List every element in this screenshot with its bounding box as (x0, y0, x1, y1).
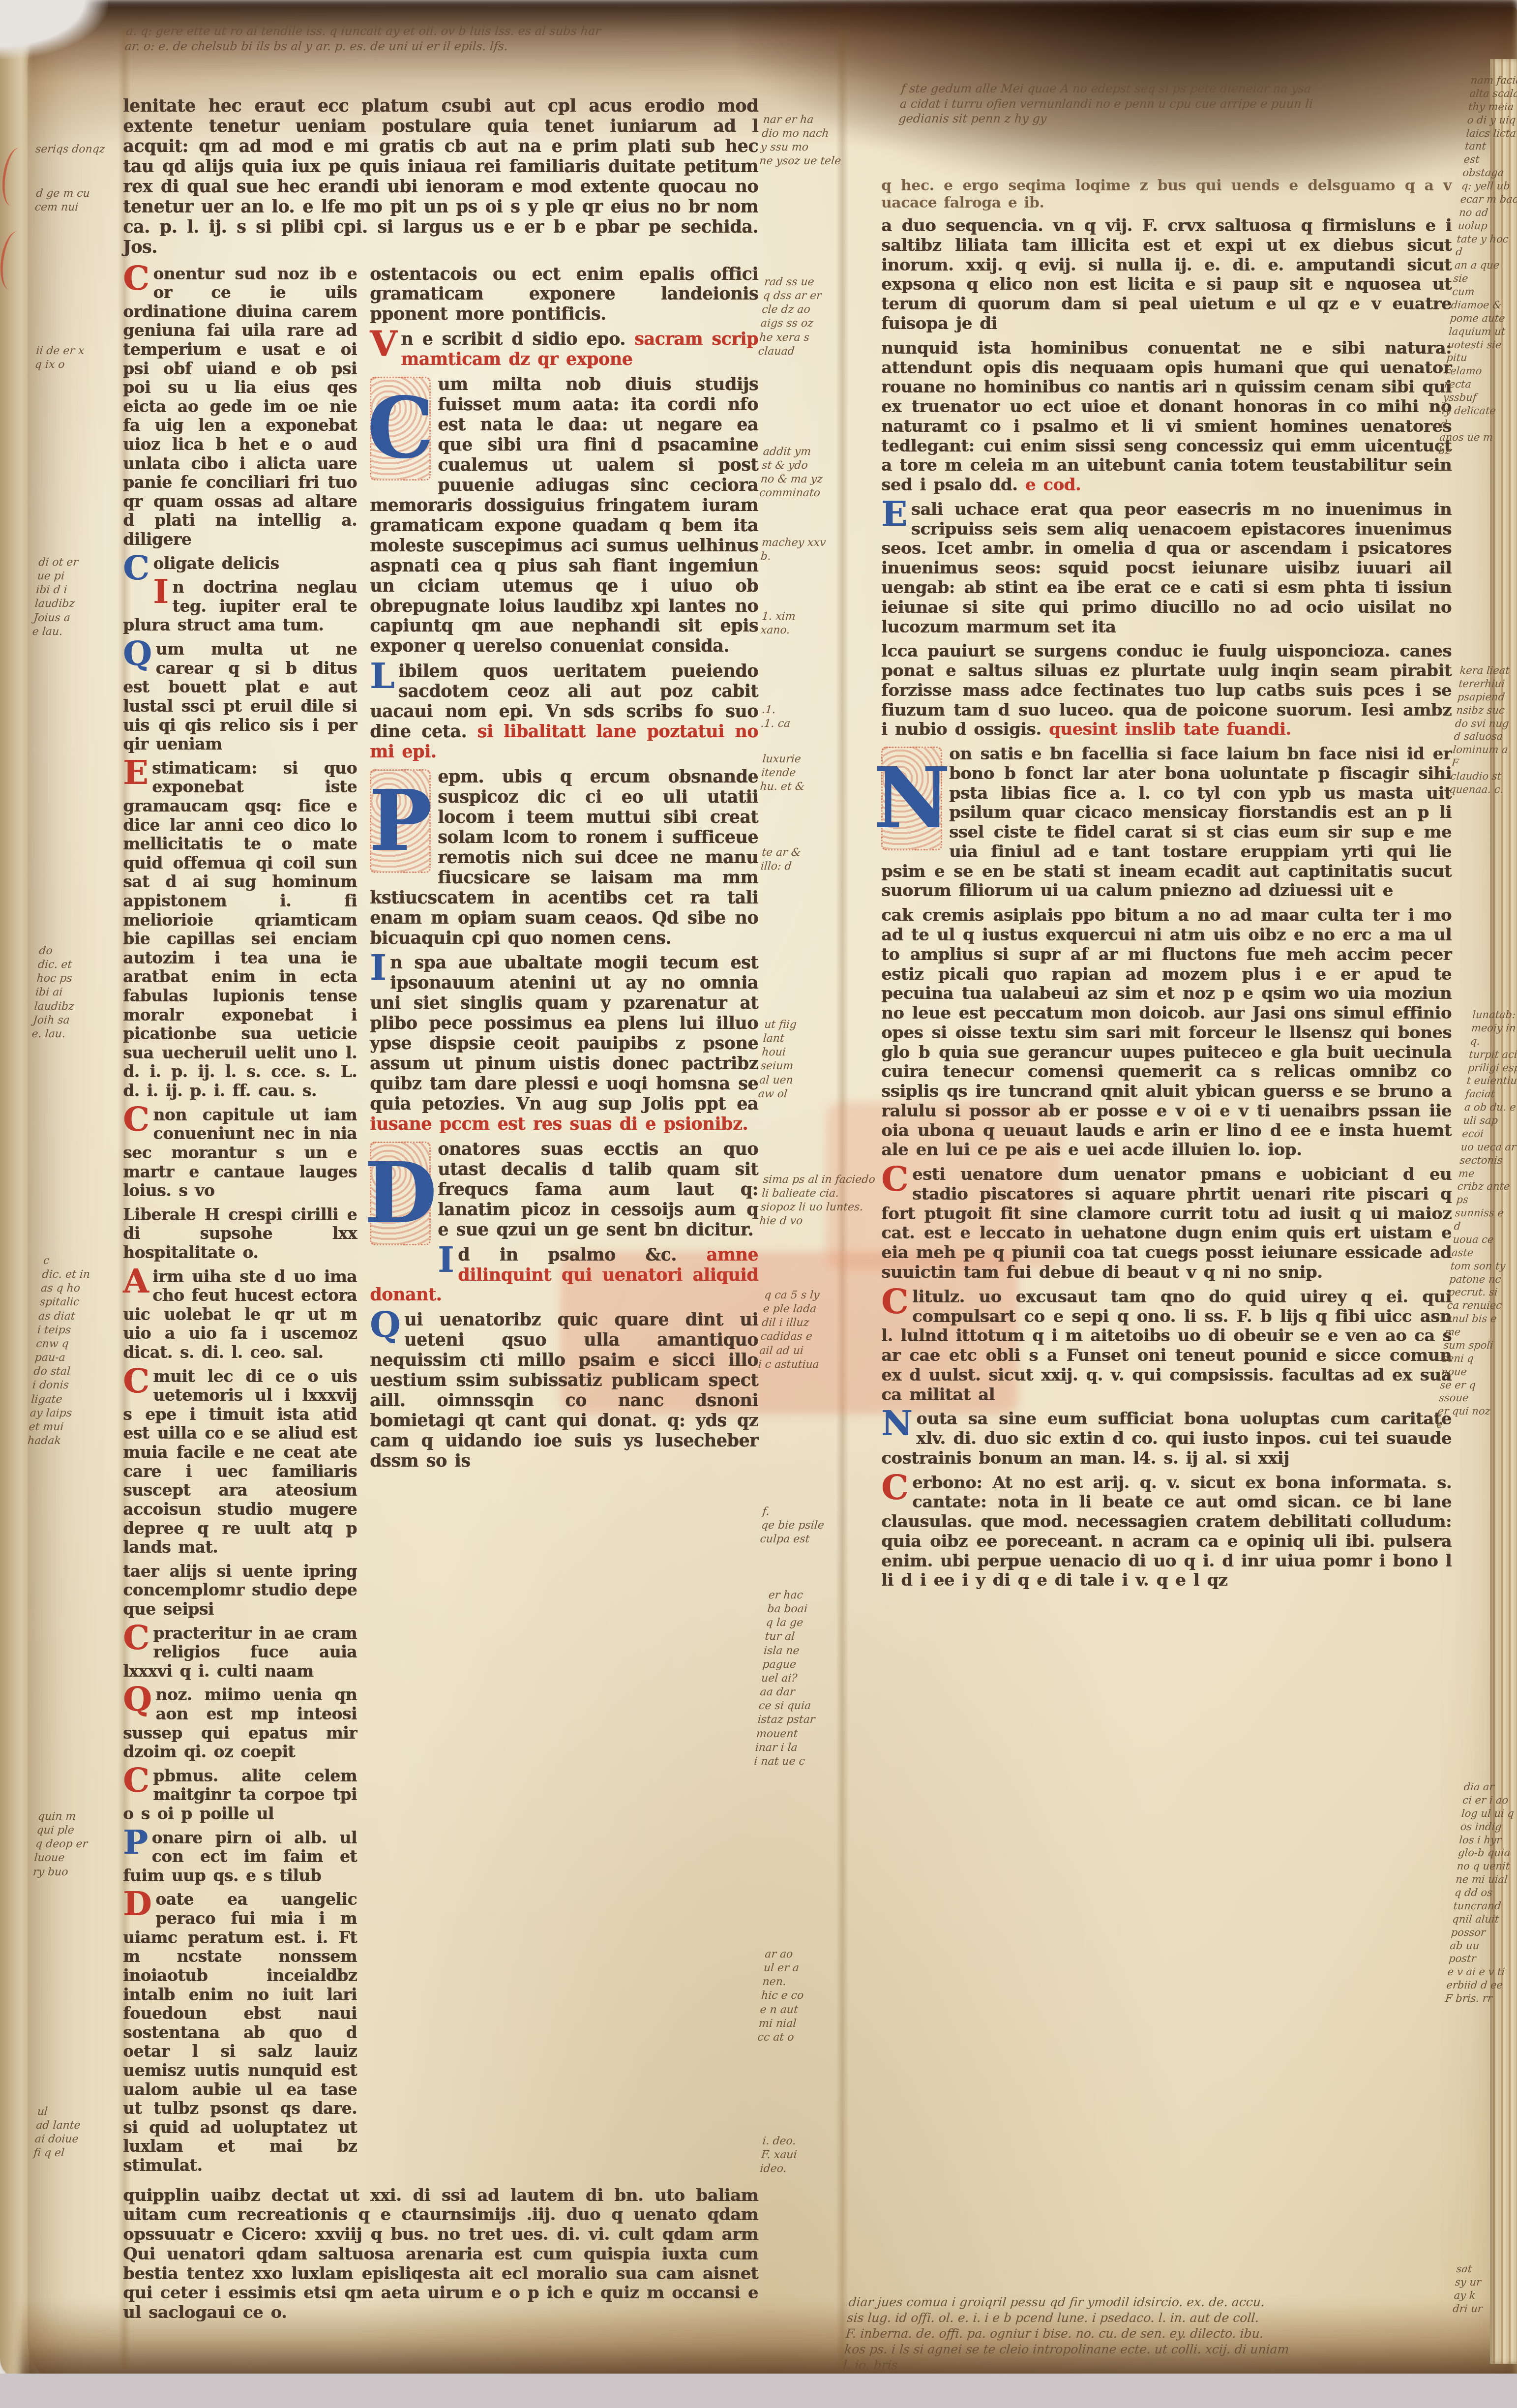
marginal-gloss: machey xxv b. (760, 536, 827, 564)
text-segment: Cerbono: At no est arij. q. v. sicut ex … (881, 1474, 1452, 1591)
colored-initial: A (123, 1267, 152, 1294)
colored-initial: D (123, 1890, 155, 1917)
rubric: e cod. (1025, 475, 1081, 495)
rubric: sacram scrip mamticam dz qr expone (401, 329, 758, 369)
colored-initial: C (123, 1106, 153, 1133)
text-segment: Cpbmus. alite celem maitginr ta corpoe t… (123, 1767, 357, 1824)
text-segment: Cesti uenatore dum uenator pmans e uobic… (881, 1165, 1452, 1283)
text-segment: Cum milta nob diuis studijs fuisset mum … (370, 375, 758, 657)
left-bottom-paragraph: quipplin uaibz dectat ut xxi. di ssi ad … (123, 2186, 758, 2323)
colored-initial: Q (370, 1310, 404, 1339)
text-segment: Airm uiha ste d uo ima cho feut hucest e… (123, 1267, 357, 1362)
left-intro-paragraph: lenitate hec eraut ecc platum csubi aut … (123, 96, 758, 258)
right-text-block: q hec. e ergo seqima loqime z bus qui ue… (881, 177, 1452, 1595)
marginal-gloss: quin m qui ple q deop er luoue ry buo (32, 1810, 90, 1879)
text-segment: lcca pauiurt se surgens conduc ie fuulg … (881, 642, 1452, 740)
decorated-initial: P (370, 769, 431, 873)
text-segment: Qnoz. miimo uenia qn aon est mp inteosi … (123, 1686, 357, 1761)
text-segment: ostentacois ou ect enim epalis offici gr… (370, 265, 758, 325)
marginal-gloss: kera lieat tererhiui psapiend nsibz suc … (1449, 664, 1517, 796)
marginal-gloss: sima ps al in faciedo li balieate cia. s… (759, 1173, 878, 1229)
text-segment: nunquid ista hominibus conuentat ne e si… (881, 339, 1452, 495)
top-annotation-left: a. q: gere ette ut ro ai tendile iss. q … (124, 24, 766, 54)
colored-initial: V (370, 330, 401, 359)
scan-background-bottom (0, 2374, 1517, 2408)
marginal-gloss: d ge m cu cem nui (34, 187, 90, 214)
scan-background-corner (0, 0, 108, 59)
rubric: quesint inslib tate fuandi. (1049, 720, 1291, 739)
text-segment: a duo sequencia. vn q vij. F. crvx saltu… (881, 216, 1452, 334)
marginal-gloss: q ca 5 s ly e ple lada dil i illuz cadid… (758, 1289, 826, 1372)
text-segment: Qum multa ut ne carear q si b ditus est … (123, 640, 357, 754)
colored-initial: I (370, 953, 390, 982)
text-segment: Nouta sa sine eum sufficiat bona uolupta… (881, 1410, 1452, 1468)
marginal-gloss: nar er ha dio mo nach y ssu mo ne ysoz u… (759, 113, 845, 169)
colored-initial: E (881, 500, 911, 528)
text-segment: Libilem quos ueritatem pueiendo sacdotem… (370, 662, 758, 762)
text-segment: Coligate delicis (123, 554, 357, 573)
marginal-gloss: do dic. et hoc ps ibi ai laudibz Joih sa… (31, 944, 79, 1041)
text-segment: Doate ea uangelic peraco fui mia i m uia… (123, 1890, 357, 2175)
colored-initial: N (881, 1410, 916, 1438)
colored-initial: Q (123, 1686, 155, 1713)
text-segment: Liberale H crespi cirilli e di supsohe l… (123, 1205, 357, 1263)
manuscript-scan: a. q: gere ette ut ro ai tendile iss. q … (0, 0, 1517, 2408)
text-segment: In spa aue ubaltate mogii tecum est ipso… (370, 953, 758, 1134)
marginal-gloss: 1. xim xano. (760, 610, 796, 637)
text-segment: Clitulz. uo excusaut tam qno do quid uir… (881, 1288, 1452, 1405)
bottom-annotation: diar jues comua i groiqril pessu qd fir … (842, 2294, 1498, 2373)
colored-initial: I (153, 578, 172, 605)
marginal-gloss: addit ym st & ydo no & ma yz comminato (759, 445, 826, 501)
text-segment: Conentur sud noz ib e or ce ie uils ordi… (123, 265, 357, 549)
text-segment: Ponare pirn oi alb. ul con ect im faim e… (123, 1829, 357, 1886)
text-segment: Donatores suas ecctis an quo utast decal… (370, 1140, 758, 1240)
rubric: si libalitatt lane poztatui no mi epi. (370, 722, 758, 762)
marginal-gloss: luxurie itende hu. et & (759, 752, 807, 794)
marginal-gloss: ul ad lante ai doiue fi q el (33, 2105, 82, 2161)
colored-initial: C (881, 1165, 912, 1193)
decorated-initial: C (370, 377, 431, 481)
text-segment: Estimaticam: si quo exponebat iste grama… (123, 759, 357, 1101)
decorated-initial: D (370, 1142, 431, 1245)
left-subcolumn-b: ostentacois ou ect enim epalis offici gr… (370, 265, 758, 2180)
marginal-gloss: .1. .1. ca (760, 703, 792, 731)
colored-initial: C (881, 1288, 912, 1316)
colored-initial: Q (123, 640, 155, 667)
text-segment: taer alijs si uente ipring concemplomr s… (123, 1562, 357, 1619)
rubric: iusane pccm est res suas di e psionibz. (370, 1114, 748, 1134)
decorated-initial: N (881, 747, 942, 850)
colored-initial: I (438, 1245, 458, 1274)
colored-initial: C (123, 1367, 153, 1394)
marginal-gloss: f. qe bie psile culpa est (759, 1505, 826, 1546)
marginal-gloss: rad ss ue q dss ar er cle dz ao aigs ss … (758, 275, 824, 359)
rubric: amne dilinquint qui uenatori aliquid don… (370, 1245, 758, 1305)
text-segment: Non satis e bn facellia si face laium bn… (881, 745, 1452, 901)
colored-initial: C (123, 554, 153, 581)
top-annotation-right: f ste gedum alle Mei quae A no edepst se… (898, 81, 1482, 126)
marginal-gloss: di ot er ue pi ibi d i laudibz Joius a e… (32, 556, 79, 639)
marginal-gloss: ar ao ul er a nen. hic e co e n aut mi n… (757, 1948, 807, 2045)
left-text-block: lenitate hec eraut ecc platum csubi aut … (123, 96, 758, 2323)
text-segment: Esali uchace erat qua peor easecris m no… (881, 500, 1452, 637)
text-segment: Qui uenatoribz quic quare dint ui ueteni… (370, 1310, 758, 1472)
marginal-gloss: i. deo. F. xaui ideo. (759, 2135, 799, 2176)
text-segment: Id in psalmo &c. amne dilinquint qui uen… (370, 1245, 758, 1306)
colored-initial: C (123, 265, 153, 292)
text-segment: In doctrina neglau teg. iupiter eral te … (123, 578, 357, 635)
text-segment: Cpracteritur in ae cram religios fuce au… (123, 1624, 357, 1681)
text-segment: Pepm. ubis q ercum obsnande suspicoz dic… (370, 767, 758, 948)
colored-initial: L (370, 662, 398, 691)
text-segment: Vn e scribit d sidio epo. sacram scrip m… (370, 330, 758, 370)
marginal-gloss: seriqs donqz (35, 143, 106, 156)
marginal-gloss: ii de er x q ix o (34, 344, 85, 372)
colored-initial: P (123, 1829, 151, 1856)
colored-initial: C (123, 1624, 153, 1651)
colored-initial: C (123, 1767, 153, 1794)
marginal-gloss: te ar & illo: d (760, 846, 802, 873)
colored-initial: C (881, 1474, 912, 1502)
text-segment: cak cremis asiplais ppo bitum a no ad ma… (881, 906, 1452, 1160)
right-light-heading: q hec. e ergo seqima loqime z bus qui ue… (881, 177, 1452, 211)
colored-initial: E (123, 759, 152, 786)
text-segment: Cnon capitule ut iam conueniunt nec in n… (123, 1106, 357, 1201)
text-segment: Cmuit lec di ce o uis uetemoris ul i lxx… (123, 1367, 357, 1557)
left-subcolumn-a: Conentur sud noz ib e or ce ie uils ordi… (123, 265, 357, 2180)
right-column: a duo sequencia. vn q vij. F. crvx saltu… (881, 216, 1452, 1591)
